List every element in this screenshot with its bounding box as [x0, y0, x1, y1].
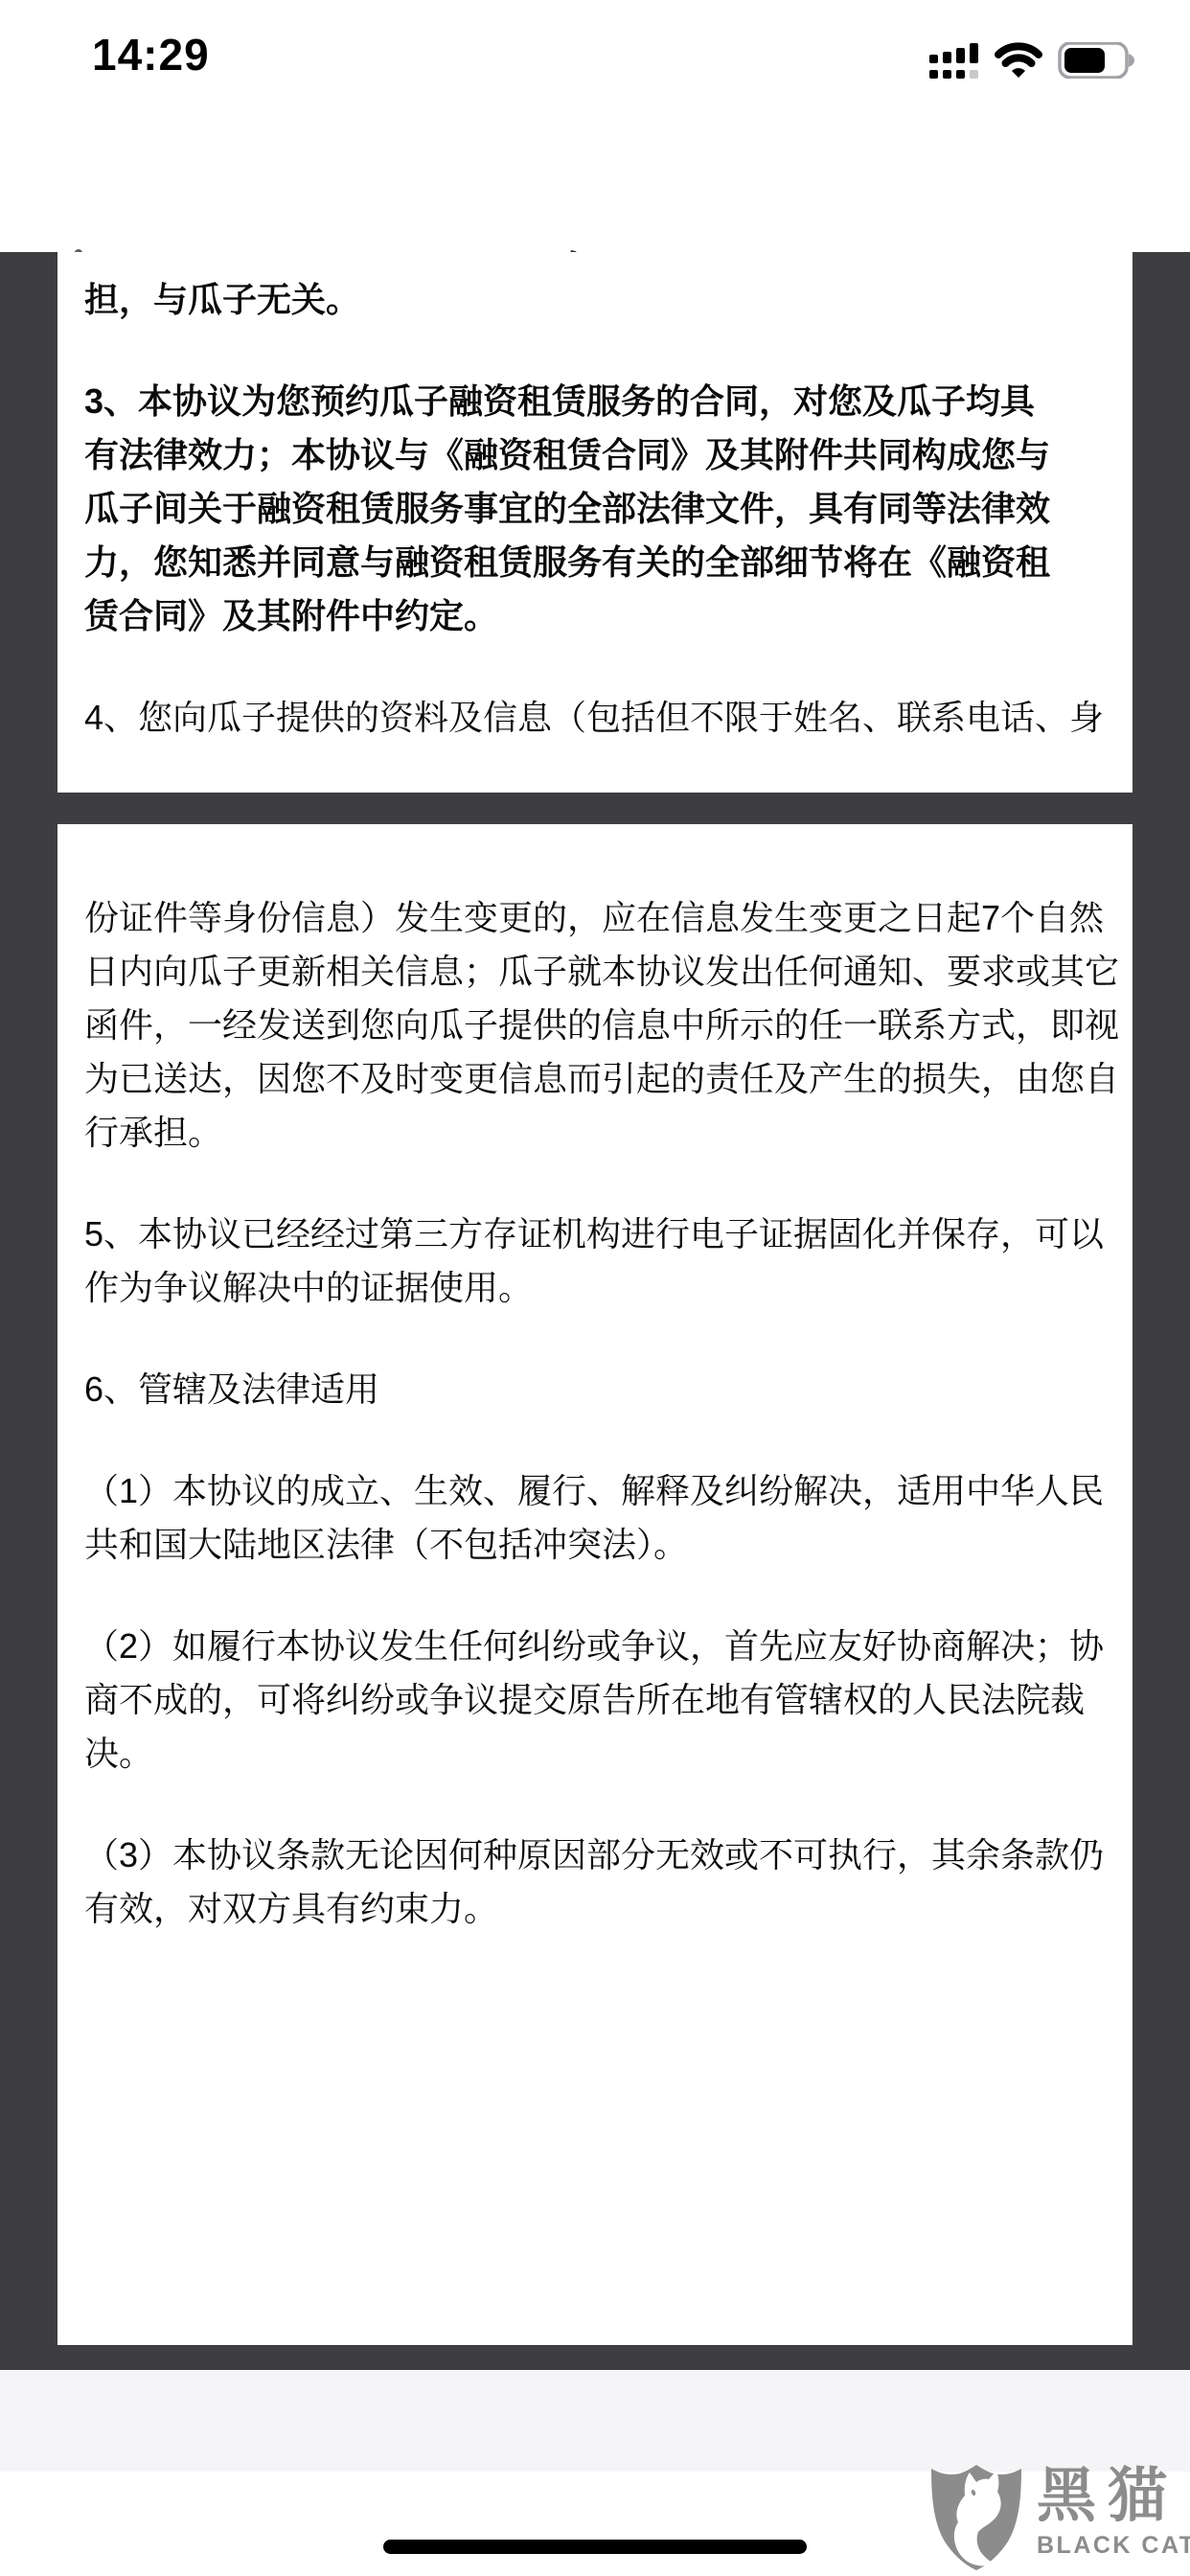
- battery-icon: [1058, 42, 1134, 83]
- contract-paragraph: （2）如履行本协议发生任何纠纷或争议，首先应友好协商解决；协 商不成的，可将纠纷…: [84, 1620, 1106, 1781]
- nav-bar: 合同: [0, 96, 1190, 252]
- black-cat-wordmark: 黑猫 BLACK CAT: [1037, 2463, 1190, 2560]
- home-indicator[interactable]: [383, 2540, 807, 2554]
- contract-page-1: 担，与瓜子无关。 3、本协议为您预约瓜子融资租赁服务的合同，对您及瓜子均具 有法…: [57, 252, 1133, 793]
- contract-scroll-area[interactable]: 担，与瓜子无关。 3、本协议为您预约瓜子融资租赁服务的合同，对您及瓜子均具 有法…: [0, 252, 1190, 2370]
- contract-paragraph: 6、管辖及法律适用: [84, 1363, 1106, 1416]
- contract-paragraph: （3）本协议条款无论因何种原因部分无效或不可执行，其余条款仍 有效，对双方具有约…: [84, 1828, 1106, 1936]
- black-cat-en-label: BLACK CAT: [1037, 2532, 1190, 2560]
- clock: 14:29: [92, 29, 210, 80]
- status-icons: [929, 42, 1134, 85]
- contract-paragraph: 担，与瓜子无关。: [84, 273, 1106, 327]
- contract-paragraph: 3、本协议为您预约瓜子融资租赁服务的合同，对您及瓜子均具 有法律效力；本协议与《…: [84, 375, 1106, 643]
- black-cat-cn-label: 黑猫: [1037, 2463, 1190, 2530]
- black-cat-logo: 黑猫 BLACK CAT: [929, 2463, 1188, 2576]
- cellular-signal-icon: [929, 42, 979, 85]
- contract-paragraph: （1）本协议的成立、生效、履行、解释及纠纷解决，适用中华人民 共和国大陆地区法律…: [84, 1464, 1106, 1572]
- contract-page-2: 份证件等身份信息）发生变更的，应在信息发生变更之日起7个自然 日内向瓜子更新相关…: [57, 824, 1133, 2345]
- black-cat-shield-icon: [929, 2463, 1023, 2576]
- contract-paragraph: 4、您向瓜子提供的资料及信息（包括但不限于姓名、联系电话、身: [84, 691, 1106, 745]
- status-bar: 14:29: [0, 0, 1190, 96]
- contract-paragraph: 5、本协议已经经过第三方存证机构进行电子证据固化并保存，可以 作为争议解决中的证…: [84, 1207, 1106, 1315]
- bottom-strip: [0, 2370, 1190, 2472]
- wifi-icon: [995, 42, 1042, 83]
- contract-paragraph: 份证件等身份信息）发生变更的，应在信息发生变更之日起7个自然 日内向瓜子更新相关…: [84, 891, 1106, 1160]
